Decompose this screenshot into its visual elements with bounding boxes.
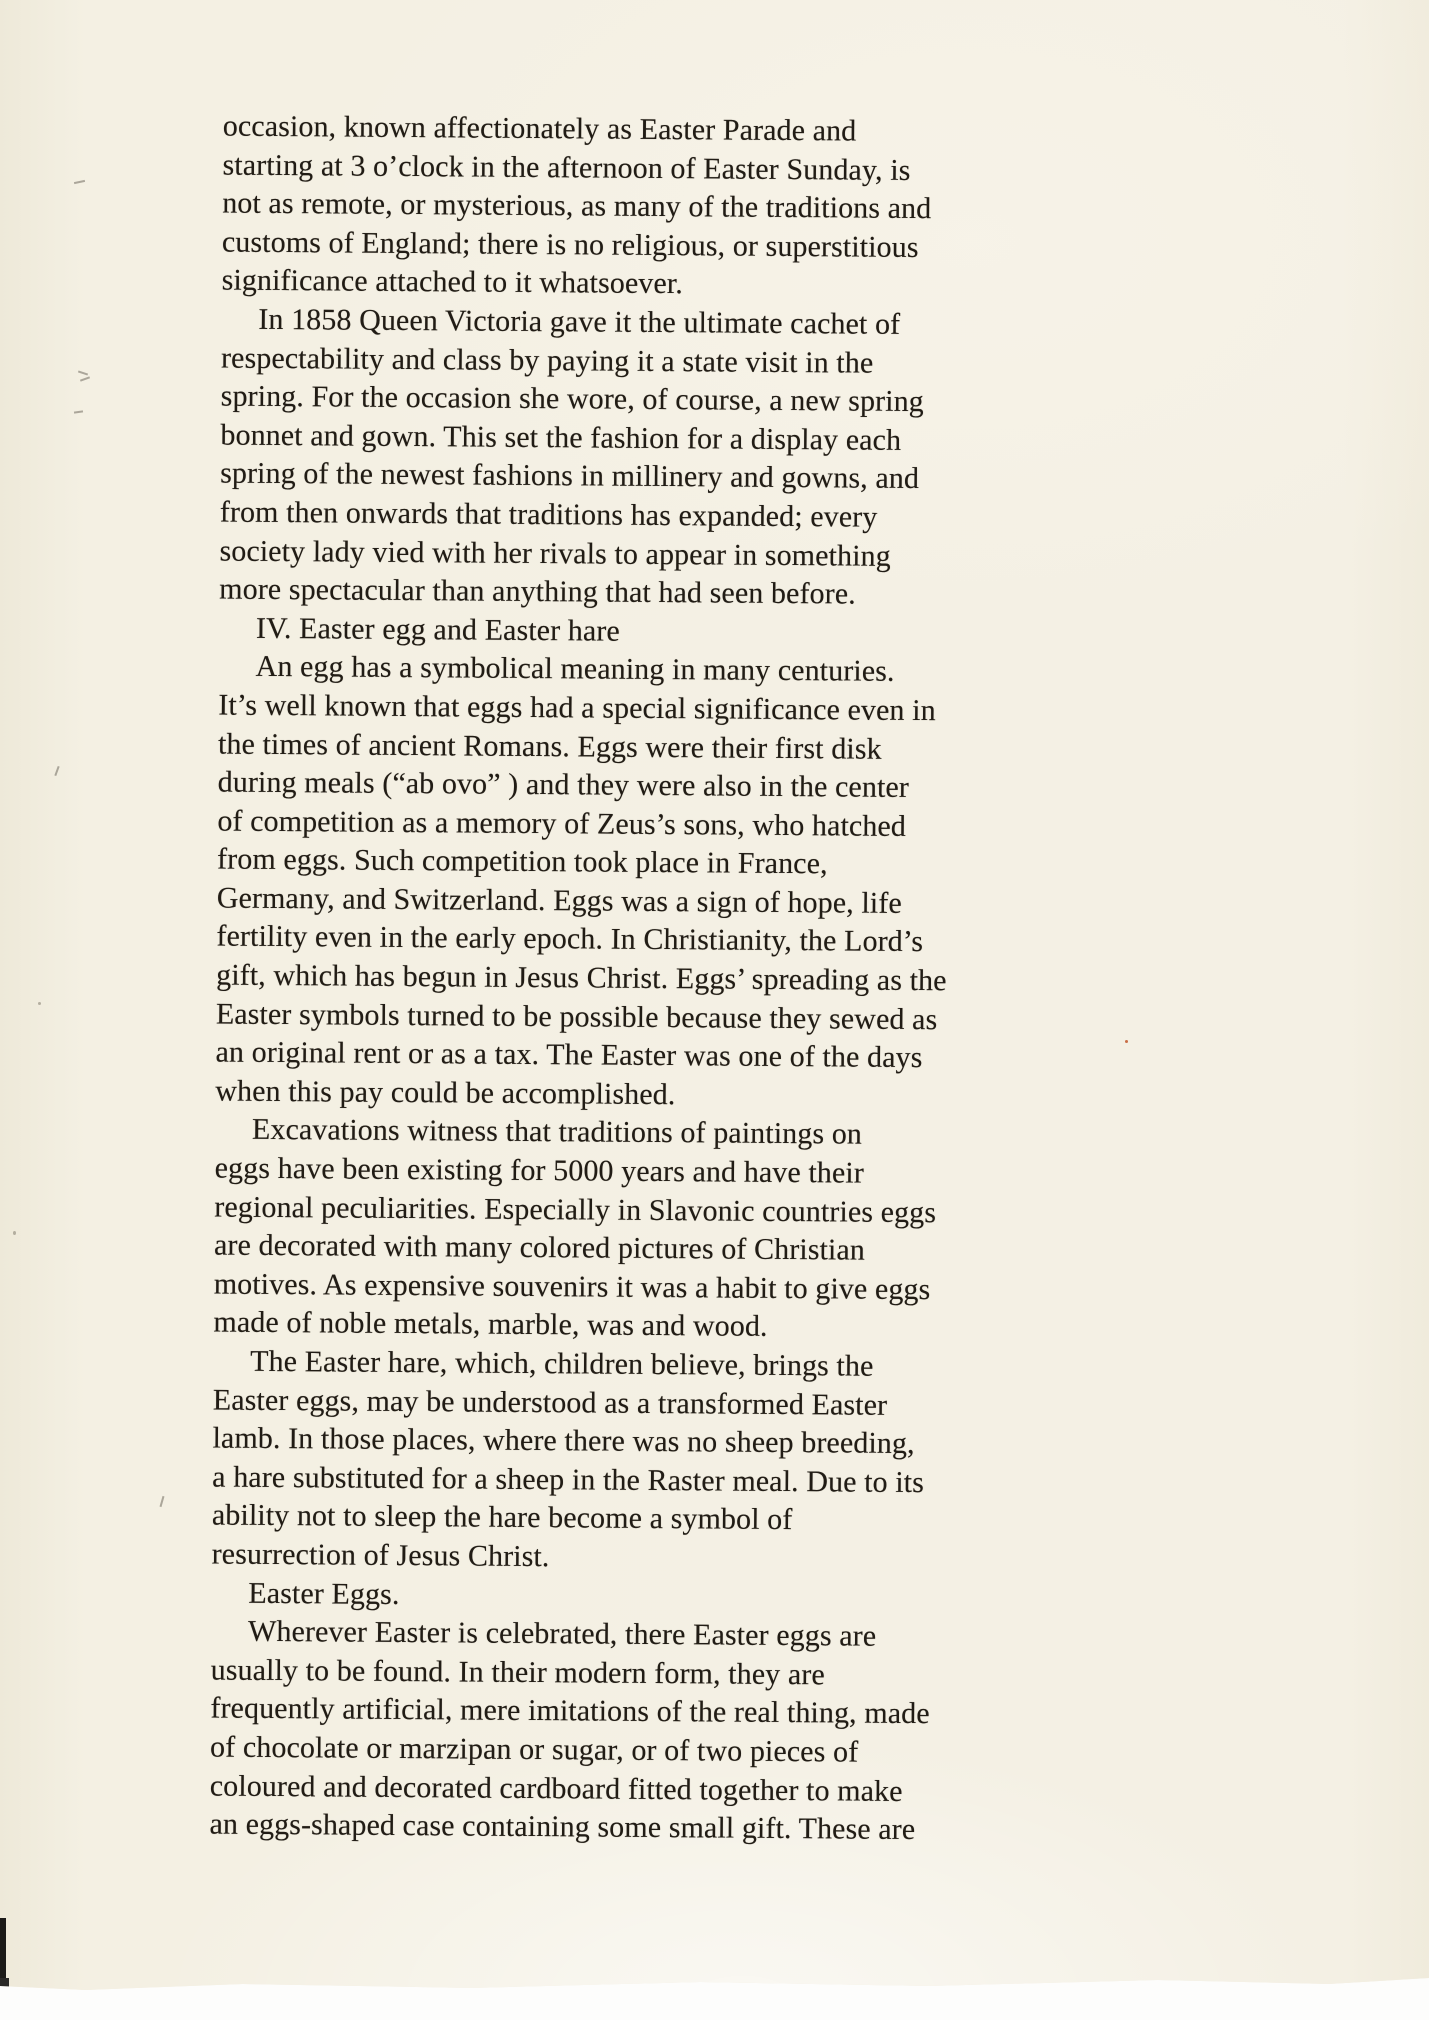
text-line: occasion, known affectionately as Easter… [223,108,1103,154]
text-line: An egg has a symbolical meaning in many … [218,648,1098,694]
pencil-mark [54,766,59,776]
scanned-page: occasion, known affectionately as Easter… [0,0,1429,2000]
text-line: resurrection of Jesus Christ. [211,1535,1091,1581]
text-line: from eggs. Such competition took place i… [217,841,1097,887]
pencil-mark [78,371,88,376]
text-line: more spectacular than anything that had … [219,571,1099,617]
text-line: Wherever Easter is celebrated, there Eas… [211,1613,1091,1659]
scan-edge-strip [0,1918,6,1978]
text-line: from then onwards that traditions has ex… [220,493,1100,539]
ink-speck [38,1002,41,1005]
scanner-background: occasion, known affectionately as Easter… [0,0,1429,2020]
scan-edge-strip [0,1978,9,1987]
text-line: an eggs-shaped case containing some smal… [209,1806,1089,1852]
pencil-mark [80,376,90,381]
text-line: spring. For the occasion she wore, of co… [221,378,1101,424]
text-line: In 1858 Queen Victoria gave it the ultim… [221,301,1101,347]
pencil-mark [74,410,83,413]
text-line: frequently artificial, mere imitations o… [210,1690,1090,1736]
pencil-mark [74,180,85,184]
text-line: not as remote, or mysterious, as many of… [222,185,1102,231]
ink-speck [13,1231,16,1235]
text-line: are decorated with many colored pictures… [214,1227,1094,1273]
text-line: It’s well known that eggs had a special … [218,686,1098,732]
ink-speck [1125,1040,1128,1043]
document-text: occasion, known affectionately as Easter… [209,108,1103,1852]
text-line: eggs have been existing for 5000 years a… [215,1150,1095,1196]
text-line: of chocolate or marzipan or sugar, or of… [210,1728,1090,1774]
text-line: The Easter hare, which, children believe… [213,1343,1093,1389]
text-line: an original rent or as a tax. The Easter… [215,1034,1095,1080]
text-line: during meals (“ab ovo” ) and they were a… [218,764,1098,810]
text-line: spring of the newest fashions in milline… [220,455,1100,501]
text-line: gift, which has begun in Jesus Christ. E… [216,957,1096,1003]
text-line: lamb. In those places, where there was n… [212,1420,1092,1466]
pencil-mark [160,1496,165,1507]
